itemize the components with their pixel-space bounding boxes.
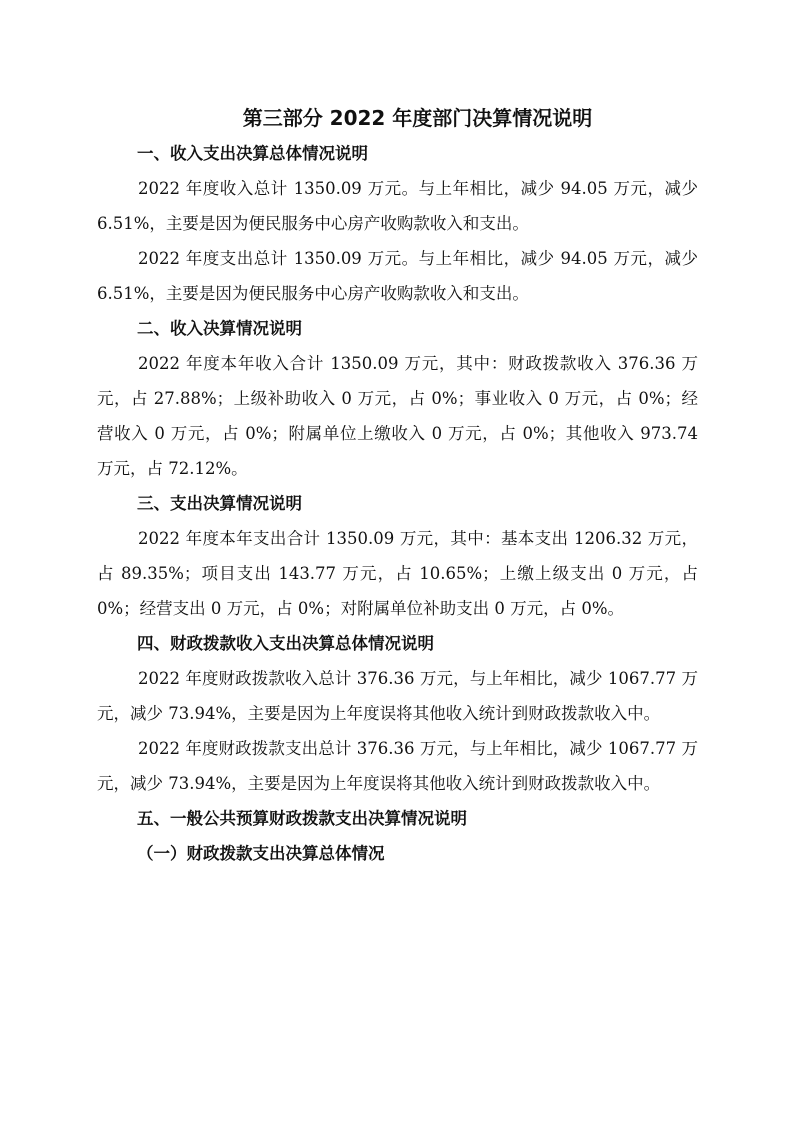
paragraph: 2022 年度收入总计 1350.09 万元。与上年相比，减少 94.05 万元… xyxy=(97,171,698,241)
paragraph: 2022 年度财政拨款支出总计 376.36 万元，与上年相比，减少 1067.… xyxy=(97,731,698,801)
section-heading-4: 四、财政拨款收入支出决算总体情况说明 xyxy=(97,626,698,661)
section-heading-1: 一、收入支出决算总体情况说明 xyxy=(97,136,698,171)
section-heading-2: 二、收入决算情况说明 xyxy=(97,311,698,346)
paragraph: 2022 年度本年收入合计 1350.09 万元，其中：财政拨款收入 376.3… xyxy=(97,346,698,486)
paragraph: 2022 年度本年支出合计 1350.09 万元，其中：基本支出 1206.32… xyxy=(97,521,698,626)
paragraph: 2022 年度支出总计 1350.09 万元。与上年相比，减少 94.05 万元… xyxy=(97,241,698,311)
section-heading-5: 五、一般公共预算财政拨款支出决算情况说明 xyxy=(97,801,698,836)
page-title: 第三部分 2022 年度部门决算情况说明 xyxy=(137,100,698,136)
subsection-heading: （一）财政拨款支出决算总体情况 xyxy=(97,836,698,871)
paragraph: 2022 年度财政拨款收入总计 376.36 万元，与上年相比，减少 1067.… xyxy=(97,661,698,731)
document-page: 第三部分 2022 年度部门决算情况说明 一、收入支出决算总体情况说明 2022… xyxy=(97,100,698,871)
section-heading-3: 三、支出决算情况说明 xyxy=(97,486,698,521)
